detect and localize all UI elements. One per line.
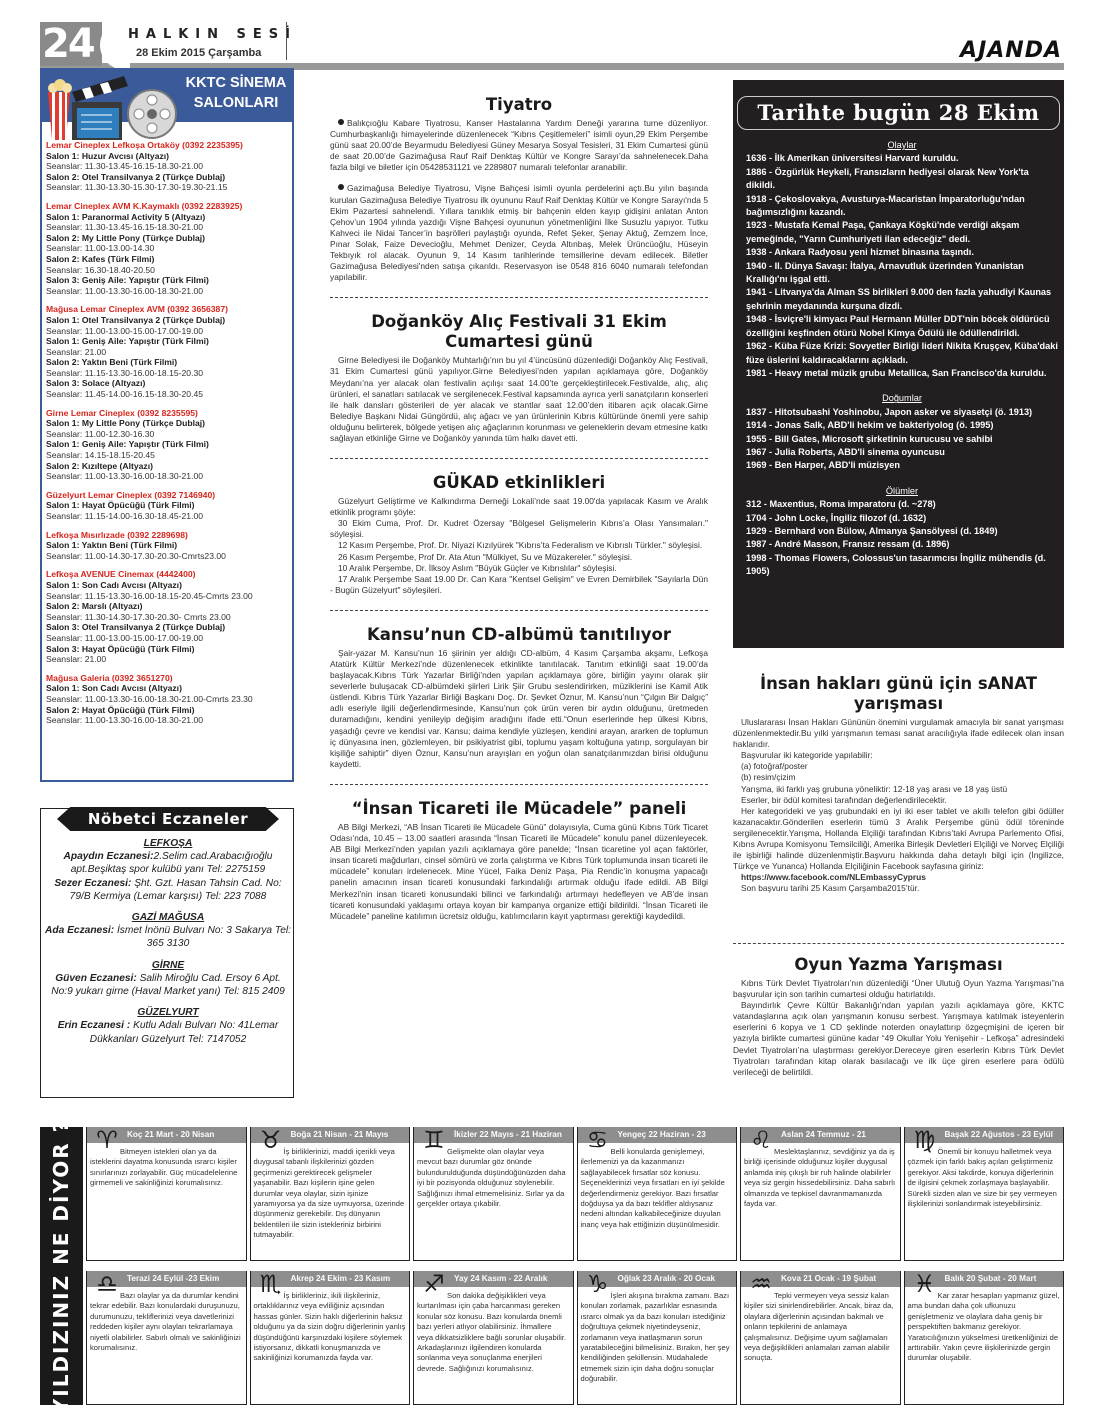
hall-title: Salon 2: Kızıltepe (Altyazı) (46, 461, 292, 472)
hall-title: Salon 1: Geniş Aile: Yapıştır (Türk Film… (46, 439, 292, 450)
showtimes: Seanslar: 11.00-13.00-15.00-17.00-19.00 (46, 633, 292, 644)
hall-title: Salon 1: Hayat Öpücüğü (Türk Filmi) (46, 500, 292, 511)
showtimes: Seanslar: 14.15-18.15-20.45 (46, 450, 292, 461)
newspaper-name: HALKIN SESİ (128, 27, 297, 42)
horoscope-side-banner: YILDIZINIZ NE DİYOR ? (40, 1127, 83, 1405)
zodiac-sign-icon: ♎ (91, 1268, 123, 1300)
zodiac-sign-icon: ♐ (418, 1268, 450, 1300)
horoscope-sign: Terazi 24 Eylül -23 Ekim♎Bazı olaylar ya… (86, 1271, 247, 1405)
history-item: 1918 - Çekoslovakya, Avusturya-Macarista… (746, 193, 1058, 220)
hall-title: Salon 3: Hayat Öpücüğü (Türk Filmi) (46, 644, 292, 655)
article-title: Kansu’nun CD-albümü tanıtılıyor (330, 625, 708, 645)
pharmacy-list: LEFKOŞAApaydın Eczanesi:2.Selim cad.Arab… (45, 837, 291, 1046)
zodiac-sign-icon: ♓ (909, 1268, 941, 1300)
showtimes: Seanslar: 11.00-13.30-16.00-18.30-21.00 (46, 286, 292, 297)
hall-title: Salon 1: Paranormal Activity 5 (Altyazı) (46, 212, 292, 223)
article-body: Güzelyurt Geliştirme ve Kalkındırma Dern… (330, 496, 708, 596)
showtimes: Seanslar: 11.30-13.45-16.15-18.30-21.00 (46, 161, 292, 172)
venue-name: Girne Lemar Cineplex (0392 8235595) (46, 408, 292, 419)
venue-name: Lefkoşa AVENUE Cinemax (4442400) (46, 569, 292, 580)
history-item: 1914 - Jonas Salk, ABD'li hekim ve bakte… (746, 419, 1058, 432)
bullet-icon (338, 184, 344, 190)
hall-title: Salon 3: Geniş Aile: Yapıştır (Türk Film… (46, 275, 292, 286)
showtimes: Seanslar: 11.45-14.00-16.15-18.30-20.45 (46, 389, 292, 400)
sign-text: Son dakika değişiklikleri veya kurtarılm… (414, 1287, 573, 1377)
pharmacy-name: Erin Eczanesi : (58, 1020, 130, 1031)
history-item: 1941 - Litvanya'da Alman SS birlikleri 9… (746, 286, 1058, 313)
history-item: 1981 - Heavy metal müzik grubu Metallica… (746, 367, 1058, 380)
divider (733, 943, 1064, 944)
cinema-listings: KKTC SİNEMA SALONLARI Lemar Cineplex Lef… (40, 68, 294, 782)
article-body: AB Bilgi Merkezi, “AB İnsan Ticareti ile… (330, 822, 708, 922)
pharmacies-box: Nöbetci Eczaneler LEFKOŞAApaydın Eczanes… (40, 808, 294, 1098)
pharmacy-entry: Erin Eczanesi : Kutlu Adalı Bulvarı No: … (45, 1019, 291, 1045)
popcorn-clapper-film-reel-icon (44, 70, 179, 140)
venue-name: Lemar Cineplex AVM K.Kaymaklı (0392 2283… (46, 201, 292, 212)
issue-date: 28 Ekim 2015 Çarşamba (136, 47, 261, 59)
zodiac-sign-icon: ♍ (909, 1124, 941, 1156)
horoscope-sign: Yay 24 Kasım - 22 Aralık♐Son dakika deği… (413, 1271, 574, 1405)
cinema-venue: Lefkoşa AVENUE Cinemax (4442400)Salon 1:… (46, 569, 292, 664)
horoscope-sign: Koç 21 Mart - 20 Nisan♈Bitmeyen istekler… (86, 1127, 247, 1261)
history-item: 1938 - Ankara Radyosu yeni hizmet binası… (746, 246, 1058, 259)
article-gukad: GÜKAD etkinlikleri Güzelyurt Geliştirme … (330, 473, 708, 596)
history-item: 1837 - Hitotsubashi Yoshinobu, Japon ask… (746, 406, 1058, 419)
sign-text: Belli konularda genişlemeyi, ilerlemeniz… (578, 1143, 737, 1233)
hall-title: Salon 2: Otel Transilvanya 2 (Türkçe Dub… (46, 172, 292, 183)
showtimes: Seanslar: 11.15-13.30-16.00-18.15-20.45-… (46, 591, 292, 602)
hall-title: Salon 2: Marslı (Altyazı) (46, 601, 292, 612)
article-doganköy-festival: Doğanköy Alıç Festivali 31 Ekim Cumartes… (330, 312, 708, 444)
horoscope-sign: Yengeç 22 Haziran - 23 Temmuz♋Belli konu… (577, 1127, 738, 1261)
horoscope-sign: Başak 22 Ağustos - 23 Eylül♍Önemli bir k… (904, 1127, 1065, 1261)
showtimes: Seanslar: 11.00-12.30-16.30 (46, 429, 292, 440)
article-body: Kıbrıs Türk Devlet Tiyatroları’nın düzen… (733, 978, 1064, 1078)
pharmacy-region: GÜZELYURT (45, 1006, 291, 1019)
history-item: 1636 - İlk Amerikan üniversitesi Harvard… (746, 152, 1058, 165)
sign-text: İş birliklerinizi, maddi içerikli veya d… (251, 1143, 410, 1244)
article-body: Balıkçıoğlu Kabare Tiyatrosu, Kanser Has… (330, 118, 708, 283)
hall-title: Salon 1: Yaktın Beni (Türk Filmi) (46, 540, 292, 551)
history-item: 1998 - Thomas Flowers, Colossus'un tasar… (746, 552, 1058, 579)
pharmacy-name: Sezer Eczanesi: (54, 878, 131, 889)
history-item: 1962 - Küba Füze Krizi: Sovyetler Birliğ… (746, 340, 1058, 367)
history-section-heading: Olaylar (746, 139, 1058, 152)
cinema-venue: Güzelyurt Lemar Cineplex (0392 7146940)S… (46, 490, 292, 522)
hall-title: Salon 2: Kafes (Türk Filmi) (46, 254, 292, 265)
venue-name: Mağusa Galeria (0392 3651270) (46, 673, 292, 684)
zodiac-sign-icon: ♊ (418, 1124, 450, 1156)
showtimes: Seanslar: 21.00 (46, 347, 292, 358)
history-item: 1969 - Ben Harper, ABD'li müzisyen (746, 459, 1058, 472)
article-title: İnsan hakları günü için sANAT yarışması (733, 674, 1064, 714)
showtimes: Seanslar: 11.00-13.30-16.00-18.30-21.00-… (46, 694, 292, 705)
article-title: Oyun Yazma Yarışması (733, 955, 1064, 975)
article-body: Uluslararası İnsan Hakları Gününün önemi… (733, 717, 1064, 895)
pharmacy-entry: Apaydın Eczanesi:2.Selim cad.Arabacığıoğ… (45, 850, 291, 876)
horoscope-sign: İkizler 22 Mayıs - 21 Haziran♊Gelişmekte… (413, 1127, 574, 1261)
hall-title: Salon 2: Yaktın Beni (Türk Filmi) (46, 357, 292, 368)
hall-title: Salon 1: Geniş Aile: Yapıştır (Türk Film… (46, 336, 292, 347)
pharmacy-region: LEFKOŞA (45, 837, 291, 850)
bullet-icon (338, 119, 344, 125)
pharmacy-name: Ada Eczanesi: (45, 925, 114, 936)
article-body: Girne Belediyesi ile Doğanköy Muhtarlığı… (330, 355, 708, 444)
showtimes: Seanslar: 11.30-13.45-16.15-18.30-21.00 (46, 222, 292, 233)
history-item: 1955 - Bill Gates, Microsoft şirketinin … (746, 433, 1058, 446)
history-section-heading: Ölümler (746, 485, 1058, 498)
horoscope-sign: Akrep 24 Ekim - 23 Kasım♏İş birliklerini… (250, 1271, 411, 1405)
horoscope-sign: Oğlak 23 Aralık - 20 Ocak♑İşleri akışına… (577, 1271, 738, 1405)
sign-text: İşleri akışına bırakma zamanı. Bazı konu… (578, 1287, 737, 1388)
zodiac-sign-icon: ♋ (582, 1124, 614, 1156)
zodiac-sign-icon: ♑ (582, 1268, 614, 1300)
hall-title: Salon 3: Otel Transilvanya 2 (Türkçe Dub… (46, 622, 292, 633)
venue-name: Lemar Cineplex Lefkoşa Ortaköy (0392 223… (46, 140, 292, 151)
pharmacy-entry: Sezer Eczanesi: Şht. Gzt. Hasan Tahsin C… (45, 877, 291, 903)
history-item: 1987 - André Masson, Fransız ressam (d. … (746, 538, 1058, 551)
pharmacies-title: Nöbetci Eczaneler (57, 807, 279, 831)
header-divider (286, 22, 287, 60)
hall-title: Salon 1: Son Cadı Avcısı (Altyazı) (46, 683, 292, 694)
pharmacy-region: GİRNE (45, 959, 291, 972)
showtimes: Seanslar: 11.30-14.30-17.30-20.30- Cmrts… (46, 612, 292, 623)
showtimes: Seanslar: 11.00-13.00-15.00-17.00-19.00 (46, 326, 292, 337)
showtimes: Seanslar: 11.00-13.30-16.00-18.30-21.00 (46, 715, 292, 726)
article-title: Tiyatro (330, 95, 708, 115)
history-item: 1704 - John Locke, İngiliz filozof (d. 1… (746, 512, 1058, 525)
history-item: 1940 - II. Dünya Savaşı: İtalya, Arnavut… (746, 260, 1058, 287)
article-title: “İnsan Ticareti ile Mücadele” paneli (330, 799, 708, 819)
cinema-venue-list: Lemar Cineplex Lefkoşa Ortaköy (0392 223… (46, 140, 292, 734)
cinema-venue: Lemar Cineplex AVM K.Kaymaklı (0392 2283… (46, 201, 292, 296)
section-title: AJANDA (960, 38, 1062, 63)
zodiac-sign-icon: ♈ (91, 1124, 123, 1156)
article-insan-haklari: İnsan hakları günü için sANAT yarışması … (733, 674, 1064, 895)
article-body: Şair-yazar M. Kansu’nun 16 şiirinin yer … (330, 648, 708, 770)
horoscope-sign: Boğa 21 Nisan - 21 Mayıs♉İş birliklerini… (250, 1127, 411, 1261)
hall-title: Salon 1: My Little Pony (Türkçe Dublaj) (46, 418, 292, 429)
hall-title: Salon 3: Solace (Altyazı) (46, 378, 292, 389)
showtimes: Seanslar: 11.15-14.00-16.30-18.45-21.00 (46, 511, 292, 522)
horoscope-section: YILDIZINIZ NE DİYOR ? Koç 21 Mart - 20 N… (40, 1127, 1064, 1405)
horoscope-sign: Aslan 24 Temmuz - 21 Ağustos♌Meslektaşla… (740, 1127, 901, 1261)
hall-title: Salon 1: Son Cadı Avcısı (Altyazı) (46, 580, 292, 591)
article-kansu-cd: Kansu’nun CD-albümü tanıtılıyor Şair-yaz… (330, 625, 708, 770)
showtimes: Seanslar: 11.30-13.30-15.30-17.30-19.30-… (46, 182, 292, 193)
history-list: Olaylar1636 - İlk Amerikan üniversitesi … (746, 139, 1058, 579)
zodiac-sign-icon: ♌ (745, 1124, 777, 1156)
divider (330, 297, 708, 298)
showtimes: Seanslar: 16.30-18.40-20.50 (46, 265, 292, 276)
page-number: 24 (40, 22, 102, 66)
article-insan-ticareti: “İnsan Ticareti ile Mücadele” paneli AB … (330, 799, 708, 922)
venue-name: Güzelyurt Lemar Cineplex (0392 7146940) (46, 490, 292, 501)
zodiac-sign-icon: ♒ (745, 1268, 777, 1300)
zodiac-sign-icon: ♉ (255, 1124, 287, 1156)
cinema-venue: Lemar Cineplex Lefkoşa Ortaköy (0392 223… (46, 140, 292, 193)
history-item: 1948 - İsviçre'li kimyacı Paul Hermann M… (746, 313, 1058, 340)
history-item: 1923 - Mustafa Kemal Paşa, Çankaya Köşkü… (746, 219, 1058, 246)
venue-name: Lefkoşa Mısırlızade (0392 2289698) (46, 530, 292, 541)
history-item: 1886 - Özgürlük Heykeli, Fransızların he… (746, 166, 1058, 193)
pharmacy-region: GAZİ MAĞUSA (45, 911, 291, 924)
cinema-venue: Girne Lemar Cineplex (0392 8235595)Salon… (46, 408, 292, 482)
history-item: 1967 - Julia Roberts, ABD'li sinema oyun… (746, 446, 1058, 459)
divider (330, 784, 708, 785)
history-item: 1929 - Bernhard von Bülow, Almanya Şansö… (746, 525, 1058, 538)
horoscope-sign: Kova 21 Ocak - 19 Şubat♒Tepki vermeyen v… (740, 1271, 901, 1405)
article-tiyatro: Tiyatro Balıkçıoğlu Kabare Tiyatrosu, Ka… (330, 95, 708, 283)
showtimes: Seanslar: 21.00 (46, 654, 292, 665)
hall-title: Salon 2: My Little Pony (Türkçe Dublaj) (46, 233, 292, 244)
divider (330, 610, 708, 611)
showtimes: Seanslar: 11.00-13.30-16.00-18.30-21.00 (46, 471, 292, 482)
horoscope-grid: Koç 21 Mart - 20 Nisan♈Bitmeyen istekler… (86, 1127, 1064, 1405)
history-title: Tarihte bugün 28 Ekim (737, 96, 1060, 130)
showtimes: Seanslar: 11.15-13.30-16.00-18.15-20.30 (46, 368, 292, 379)
cinema-venue: Mağusa Lemar Cineplex AVM (0392 3656387)… (46, 304, 292, 399)
hall-title: Salon 1: Huzur Avcısı (Altyazı) (46, 151, 292, 162)
pharmacy-name: Apaydın Eczanesi: (64, 851, 154, 862)
showtimes: Seanslar: 11.00-14.30-17.30-20.30-Cmrts2… (46, 551, 292, 562)
pharmacy-name: Güven Eczanesi: (55, 973, 137, 984)
pharmacy-address: İsmet İnönü Bulvarı No: 3 Sakarya Tel: 3… (114, 925, 291, 949)
facebook-link[interactable]: https://www.facebook.com/NLEmbassyCyprus (733, 872, 1064, 883)
zodiac-sign-icon: ♏ (255, 1268, 287, 1300)
history-item: 312 - Maxentius, Roma imparatoru (d. ~27… (746, 498, 1058, 511)
middle-column: Tiyatro Balıkçıoğlu Kabare Tiyatrosu, Ka… (330, 95, 708, 932)
hall-title: Salon 1: Otel Transilvanya 2 (Türkçe Dub… (46, 315, 292, 326)
history-section-heading: Doğumlar (746, 392, 1058, 405)
horoscope-sign: Balık 20 Şubat - 20 Mart♓Kar zarar hesap… (904, 1271, 1065, 1405)
article-oyun-yazma: Oyun Yazma Yarışması Kıbrıs Türk Devlet … (733, 955, 1064, 1078)
history-today-box: Tarihte bugün 28 Ekim Olaylar1636 - İlk … (733, 80, 1064, 648)
showtimes: Seanslar: 11.00-13.00-14.30 (46, 243, 292, 254)
venue-name: Mağusa Lemar Cineplex AVM (0392 3656387) (46, 304, 292, 315)
hall-title: Salon 2: Hayat Öpücüğü (Türk Filmi) (46, 705, 292, 716)
pharmacy-entry: Ada Eczanesi: İsmet İnönü Bulvarı No: 3 … (45, 924, 291, 950)
article-title: GÜKAD etkinlikleri (330, 473, 708, 493)
divider (330, 458, 708, 459)
cinema-title: KKTC SİNEMA SALONLARI (182, 73, 290, 113)
pharmacy-entry: Güven Eczanesi: Salih Miroğlu Cad. Ersoy… (45, 972, 291, 998)
article-title: Doğanköy Alıç Festivali 31 Ekim Cumartes… (330, 312, 708, 352)
cinema-venue: Mağusa Galeria (0392 3651270)Salon 1: So… (46, 673, 292, 726)
cinema-venue: Lefkoşa Mısırlızade (0392 2289698)Salon … (46, 530, 292, 562)
